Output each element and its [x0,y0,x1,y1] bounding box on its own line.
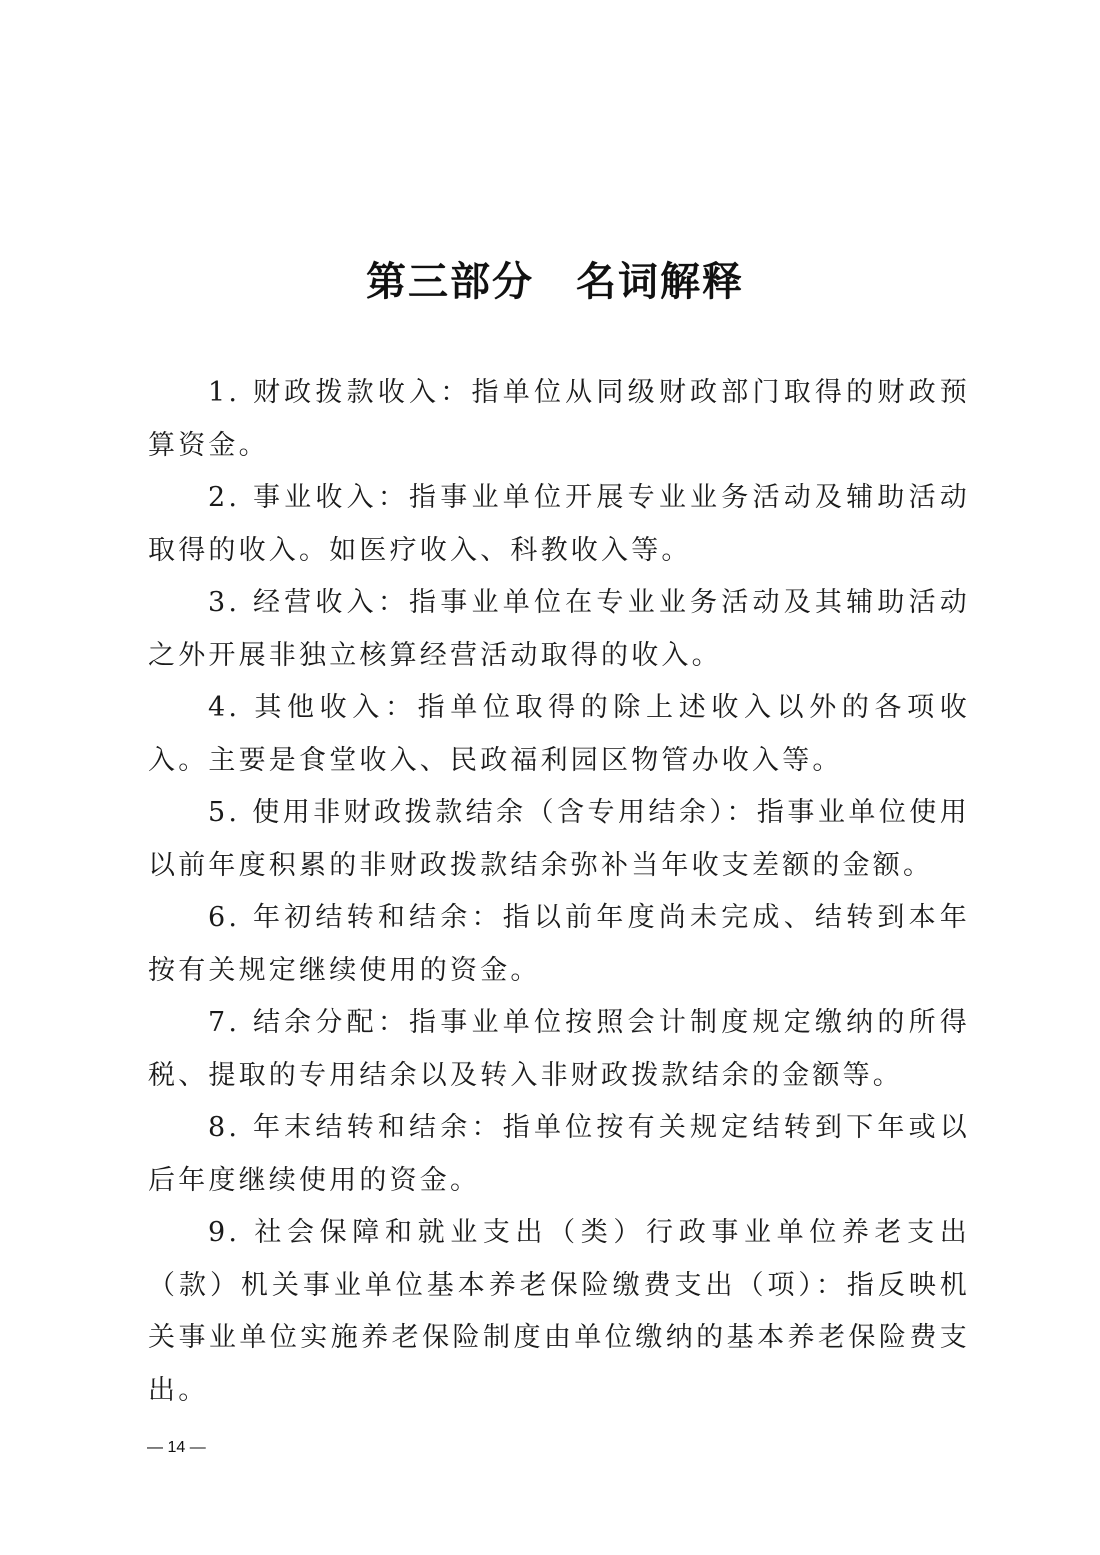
definition-item: 9. 社会保障和就业支出（类）行政事业单位养老支出（款）机关事业单位基本养老保险… [148,1207,970,1417]
definition-item: 1. 财政拨款收入：指单位从同级财政部门取得的财政预算资金。 [148,367,970,472]
definition-item: 3. 经营收入：指事业单位在专业业务活动及其辅助活动之外开展非独立核算经营活动取… [148,577,970,682]
definitions-list: 1. 财政拨款收入：指单位从同级财政部门取得的财政预算资金。 2. 事业收入：指… [148,367,970,1417]
document-page: 第三部分 名词解释 1. 财政拨款收入：指单位从同级财政部门取得的财政预算资金。… [0,0,1100,1555]
page-number: — 14 — [147,1439,206,1457]
definition-item: 6. 年初结转和结余：指以前年度尚未完成、结转到本年按有关规定继续使用的资金。 [148,892,970,997]
definition-item: 5. 使用非财政拨款结余（含专用结余）：指事业单位使用以前年度积累的非财政拨款结… [148,787,970,892]
definition-item: 7. 结余分配：指事业单位按照会计制度规定缴纳的所得税、提取的专用结余以及转入非… [148,997,970,1102]
section-title: 第三部分 名词解释 [0,250,1100,307]
definition-item: 2. 事业收入：指事业单位开展专业业务活动及辅助活动取得的收入。如医疗收入、科教… [148,472,970,577]
definition-item: 8. 年末结转和结余：指单位按有关规定结转到下年或以后年度继续使用的资金。 [148,1102,970,1207]
definition-item: 4. 其他收入：指单位取得的除上述收入以外的各项收入。主要是食堂收入、民政福利园… [148,682,970,787]
